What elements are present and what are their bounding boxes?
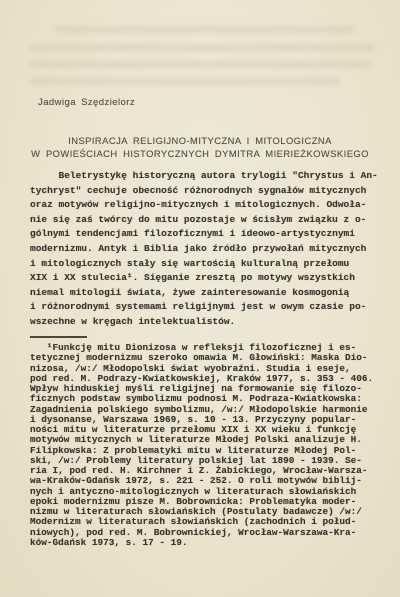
bleed-through-mark [30, 44, 375, 51]
body-paragraph: Beletrystykę historyczną autora trylogii… [30, 169, 390, 330]
body-line: Beletrystykę historyczną autora trylogii… [30, 169, 390, 184]
scanned-page: Jadwiga Szędzielorz INSPIRACJA RELIGIJNO… [0, 0, 400, 597]
body-line: gólnymi tendencjami filozoficznymi i ide… [30, 227, 390, 242]
bleed-through-mark [55, 26, 355, 33]
title-line-1: INSPIRACJA RELIGIJNO-MITYCZNA I MITOLOGI… [0, 135, 400, 148]
body-line: niemal mitologii świata, żywe zaintereso… [30, 286, 390, 301]
footnote-line: ków-Gdańsk 1973, s. 17 - 19. [30, 538, 392, 548]
author-name: Jadwiga Szędzielorz [38, 97, 135, 108]
footnote-line: motywów mitycznych w literaturze Młodej … [30, 435, 392, 445]
body-line: wszechne w kręgach intelektualistów. [30, 315, 390, 330]
article-title: INSPIRACJA RELIGIJNO-MITYCZNA I MITOLOGI… [0, 135, 400, 160]
title-line-2: W POWIEŚCIACH HISTORYCZNYCH DYMITRA MIER… [0, 148, 400, 161]
footnote-line: wa-Kraków-Gdańsk 1972, s. 221 - 252. O r… [30, 476, 392, 486]
footnote-line: Modernizm w literaturach słowiańskich (z… [30, 517, 392, 527]
body-line: tychryst" cechuje obecność różnorodnych … [30, 184, 390, 199]
body-line: modernizmu. Antyk i Biblia jako źródło p… [30, 242, 390, 257]
body-line: nie się zaś twórcy do mitu pozostaje w ś… [30, 213, 390, 228]
body-line: XIX i XX stulecia¹. Sięganie zresztą po … [30, 271, 390, 286]
footnote-text: ¹Funkcję mitu Dionizosa w refleksji filo… [30, 343, 392, 548]
body-line: i różnorodnymi systemami religijnymi jes… [30, 300, 390, 315]
footnote-separator-rule [30, 336, 87, 338]
body-line: oraz motywów religijno-mitycznych i mito… [30, 198, 390, 213]
bleed-through-mark [30, 61, 370, 68]
footnote-line: tetycznej modernizmu szeroko omawia M. G… [30, 353, 392, 363]
body-line: i mitologicznych stały się wartością kul… [30, 257, 390, 272]
bleed-through-mark [30, 78, 340, 85]
footnote-line: ficznych podstaw symbolizmu podnosi M. P… [30, 394, 392, 404]
